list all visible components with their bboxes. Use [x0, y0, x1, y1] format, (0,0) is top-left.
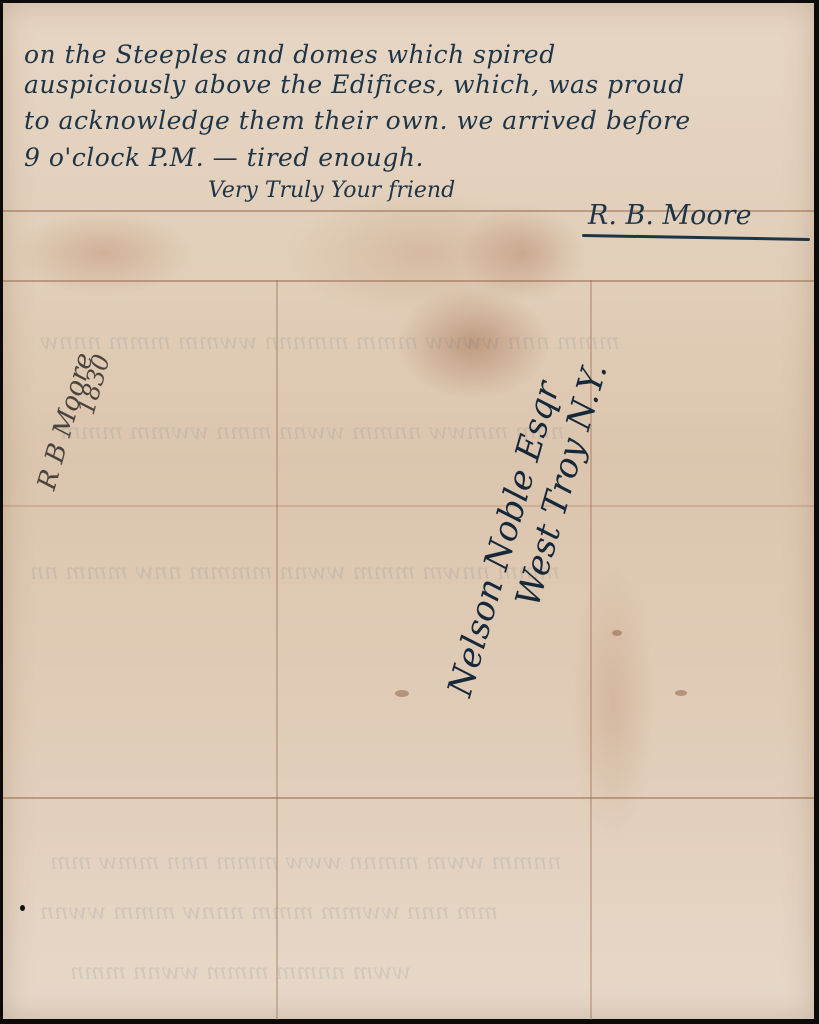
signature: R. B. Moore: [588, 200, 752, 231]
letter-line-4: 9 o'clock P.M. — tired enough.: [24, 143, 424, 172]
bleed-through-text: nnm mmww nnmm wwnn mmn wwmm mmm: [60, 420, 564, 445]
fold-line-middle: [3, 505, 814, 507]
fold-line-lower: [3, 797, 814, 799]
letter-closing: Very Truly Your friend: [208, 178, 455, 203]
ink-dot: [20, 905, 25, 911]
letter-line-2: auspiciously above the Edifices, which, …: [24, 70, 685, 99]
letter-line-1: on the Steeples and domes which spired: [24, 40, 556, 69]
bleed-through-text: mmm nnn wwww mmm mmnnn wwmm mmm nnnw: [40, 330, 620, 355]
bleed-through-text: mm nnn wwmm mmm nnnw mmm wwnn: [40, 900, 498, 925]
bleed-through-text: wwm nnmm mmm wwnn mmn: [70, 960, 411, 985]
bleed-through-text: nnmm wwm mmnn www mmm nnn mmw mm: [50, 850, 561, 875]
stain-spot: [395, 690, 409, 697]
stain-spot: [612, 630, 622, 636]
fold-line-upper: [3, 280, 814, 282]
stain-spot: [675, 690, 687, 696]
letter-line-3: to acknowledge them their own. we arrive…: [24, 106, 691, 135]
